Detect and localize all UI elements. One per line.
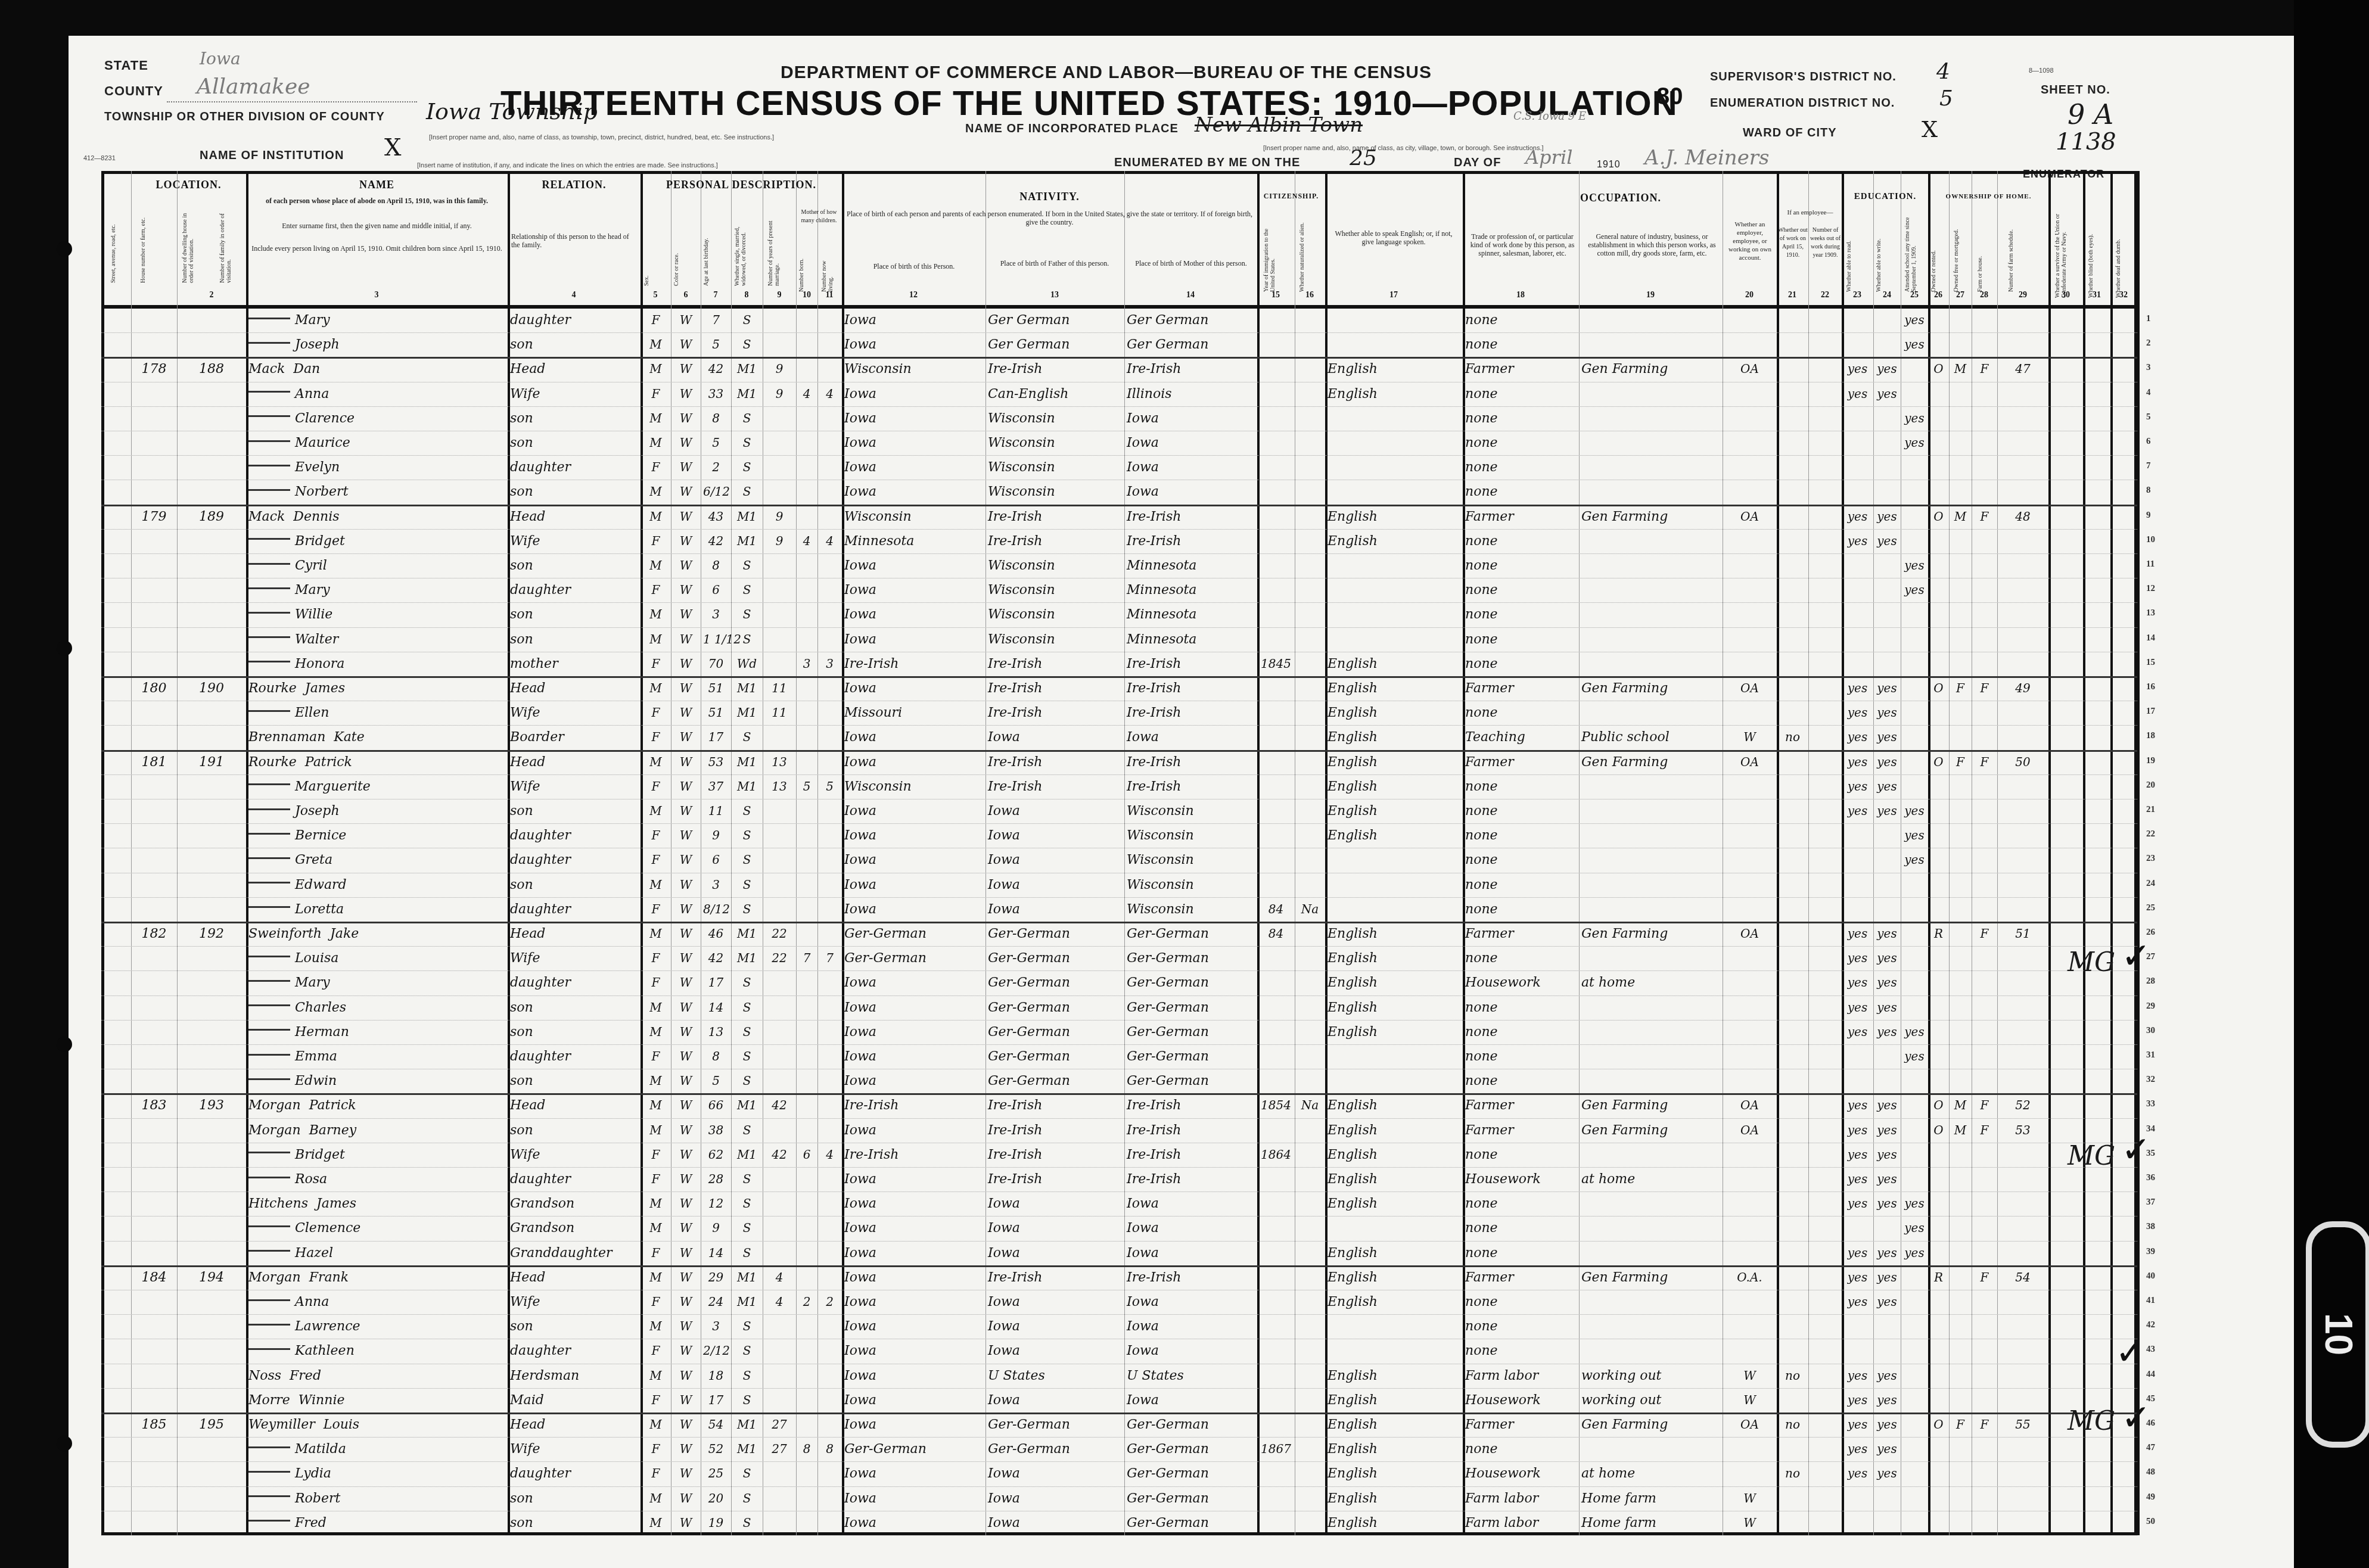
cell-bp: Iowa — [844, 406, 983, 431]
cell-rel: daughter — [510, 1044, 638, 1069]
cell-fam — [179, 970, 244, 995]
cell-eng — [1327, 1314, 1460, 1339]
cell-name: Charles — [248, 995, 505, 1020]
cell-sch — [1903, 627, 1926, 652]
cell-name: Matilda — [248, 1437, 505, 1461]
cell-eng: English — [1327, 1143, 1460, 1167]
cell-ow — [1779, 897, 1806, 922]
side-stamp: 10 — [2306, 1221, 2369, 1448]
mg-initials: MG — [2068, 947, 2115, 978]
weeks-out-head: Number of weeks out of work during year … — [1809, 226, 1842, 260]
given-name: Matilda — [295, 1442, 346, 1457]
cell-ind — [1581, 946, 1720, 970]
cell-race: W — [673, 1339, 698, 1363]
cell-wr: yes — [1876, 946, 1898, 970]
given-name: Lawrence — [295, 1319, 360, 1334]
cell-yrs: 11 — [765, 701, 794, 725]
cell-mbp: Wisconsin — [1127, 799, 1255, 823]
cell-ow — [1779, 1044, 1806, 1069]
cell-sex: F — [643, 1241, 669, 1265]
cell-mbp: Wisconsin — [1127, 873, 1255, 897]
cell-race: W — [673, 382, 698, 406]
cell-wr — [1876, 332, 1898, 357]
cell-age: 51 — [703, 701, 729, 725]
cell-ow — [1779, 774, 1806, 799]
cell-mbp: Ger-German — [1127, 922, 1255, 946]
cell-sched — [2000, 332, 2046, 357]
cell-fm — [1951, 578, 1969, 602]
cell-sex: M — [643, 1093, 669, 1118]
line-number: 16 — [2146, 682, 2155, 692]
cell-wr — [1876, 431, 1898, 455]
cell-wr — [1876, 578, 1898, 602]
cell-fh: F — [1974, 505, 1995, 529]
cell-sch — [1903, 946, 1926, 970]
cell-sch: yes — [1903, 308, 1926, 332]
cell-ind — [1581, 823, 1720, 848]
cell-rel: son — [510, 480, 638, 504]
cell-fbp: Wisconsin — [988, 602, 1122, 627]
cell-wr — [1876, 873, 1898, 897]
given-name: Rosa — [295, 1172, 327, 1187]
cell-eng — [1327, 553, 1460, 578]
cell-living — [820, 1241, 840, 1265]
cell-sched: 53 — [2000, 1118, 2046, 1143]
cell-born — [798, 308, 815, 332]
column-number: 11 — [820, 291, 838, 300]
cell-bp: Iowa — [844, 1069, 983, 1093]
cell-mar: S — [733, 725, 760, 749]
cell-rel: son — [510, 1511, 638, 1535]
cell-imm — [1260, 1265, 1292, 1290]
cell-sex: M — [643, 480, 669, 504]
county-line — [167, 101, 417, 102]
cell-emp — [1725, 627, 1774, 652]
cell-dw: 179 — [133, 505, 175, 529]
cell-bp: Iowa — [844, 480, 983, 504]
cell-bp: Iowa — [844, 1511, 983, 1535]
cell-age: 8/12 — [703, 897, 729, 922]
cell-born: 2 — [798, 1290, 815, 1314]
surname: Morre — [248, 1393, 290, 1408]
cell-fam — [179, 332, 244, 357]
cell-emp — [1725, 332, 1774, 357]
cell-fh: F — [1974, 1413, 1995, 1437]
cell-imm — [1260, 332, 1292, 357]
cell-imm: 1854 — [1260, 1093, 1292, 1118]
cell-sch — [1903, 897, 1926, 922]
line-number: 2 — [2146, 338, 2151, 349]
farm-head: Farm or house. — [1977, 214, 1984, 292]
cell-name: Honora — [248, 652, 505, 676]
cell-fbp: Ger-German — [988, 1437, 1122, 1461]
cell-sex: F — [643, 970, 669, 995]
cell-sex: M — [643, 406, 669, 431]
cell-imm — [1260, 1339, 1292, 1363]
cell-yrs — [765, 1314, 794, 1339]
cell-ow — [1779, 1241, 1806, 1265]
cell-name: MackDan — [248, 357, 505, 381]
cell-name: Edward — [248, 873, 505, 897]
cell-dw — [133, 578, 175, 602]
cell-wk — [1811, 774, 1839, 799]
cell-age: 9 — [703, 823, 729, 848]
cell-name: Emma — [248, 1044, 505, 1069]
cell-wk — [1811, 1020, 1839, 1044]
cell-eng — [1327, 602, 1460, 627]
cell-fh — [1974, 1364, 1995, 1388]
cell-wr — [1876, 652, 1898, 676]
cell-fbp: Ger-German — [988, 922, 1122, 946]
binder-hole-icon — [57, 1436, 72, 1451]
cell-race: W — [673, 725, 698, 749]
cell-dw — [133, 1191, 175, 1216]
ditto-mark — [248, 415, 290, 417]
cell-trade: none — [1465, 1069, 1577, 1093]
cell-rd — [1844, 1044, 1871, 1069]
state-label: STATE — [104, 58, 148, 73]
cell-fh — [1974, 480, 1995, 504]
column-number: 15 — [1267, 291, 1285, 300]
cell-imm — [1260, 1290, 1292, 1314]
cell-living — [820, 995, 840, 1020]
incorporated-note: [Insert proper name and, also, name of c… — [1263, 145, 1544, 152]
cell-fbp: Iowa — [988, 823, 1122, 848]
cell-eng — [1327, 1044, 1460, 1069]
cell-sch — [1903, 357, 1926, 381]
column-number: 17 — [1385, 291, 1403, 300]
cell-fh: F — [1974, 750, 1995, 774]
cell-rel: Head — [510, 922, 638, 946]
line-number: 39 — [2146, 1247, 2155, 1257]
ditto-mark — [248, 1348, 290, 1350]
cell-own — [1930, 1364, 1947, 1388]
cell-rel: daughter — [510, 848, 638, 872]
cell-nat — [1297, 357, 1323, 381]
cell-race: W — [673, 357, 698, 381]
column-number: 21 — [1783, 291, 1801, 300]
cell-emp — [1725, 946, 1774, 970]
cell-sched — [2000, 1143, 2046, 1167]
cell-born — [798, 701, 815, 725]
cell-dw — [133, 873, 175, 897]
cell-nat — [1297, 1265, 1323, 1290]
cell-fam — [179, 1020, 244, 1044]
cell-imm — [1260, 873, 1292, 897]
cell-living — [820, 676, 840, 701]
cell-own — [1930, 970, 1947, 995]
cell-trade: none — [1465, 602, 1577, 627]
check-mark-icon: ✓ — [2121, 1397, 2151, 1439]
cell-born — [798, 553, 815, 578]
cell-age: 33 — [703, 382, 729, 406]
cell-yrs — [765, 970, 794, 995]
line-number: 11 — [2146, 559, 2155, 570]
cell-emp — [1725, 1216, 1774, 1240]
group-citizenship: CITIZENSHIP. — [1257, 192, 1325, 201]
cell-dw — [133, 1241, 175, 1265]
cell-nat — [1297, 1461, 1323, 1486]
cell-age: 13 — [703, 1020, 729, 1044]
cell-eng: English — [1327, 970, 1460, 995]
cell-mbp: Iowa — [1127, 725, 1255, 749]
cell-fh — [1974, 970, 1995, 995]
cell-wk — [1811, 652, 1839, 676]
cell-mbp: Iowa — [1127, 1314, 1255, 1339]
cell-emp: W — [1725, 1486, 1774, 1511]
cell-bp: Ire-Irish — [844, 1143, 983, 1167]
cell-yrs — [765, 455, 794, 480]
cell-trade: none — [1465, 480, 1577, 504]
cell-fam — [179, 1167, 244, 1191]
cell-mbp: Ire-Irish — [1127, 1143, 1255, 1167]
cell-wk — [1811, 578, 1839, 602]
cell-wk — [1811, 725, 1839, 749]
given-name: Frank — [309, 1270, 349, 1285]
cell-living — [820, 431, 840, 455]
column-rule — [101, 171, 104, 1535]
cell-rd: yes — [1844, 1167, 1871, 1191]
cell-race: W — [673, 529, 698, 553]
cell-name: Bridget — [248, 1143, 505, 1167]
line-number: 18 — [2146, 731, 2155, 741]
cell-living: 5 — [820, 774, 840, 799]
given-name: Anna — [295, 1295, 329, 1309]
cell-living — [820, 1339, 840, 1363]
cell-imm — [1260, 1167, 1292, 1191]
county-label: COUNTY — [104, 83, 163, 99]
cell-wr: yes — [1876, 1143, 1898, 1167]
cell-wr: yes — [1876, 505, 1898, 529]
cell-eng: English — [1327, 1511, 1460, 1535]
cell-yrs — [765, 799, 794, 823]
cell-ind — [1581, 873, 1720, 897]
cell-fh — [1974, 1461, 1995, 1486]
cell-fbp: Ger-German — [988, 1413, 1122, 1437]
cell-wr: yes — [1876, 1461, 1898, 1486]
cell-living — [820, 1216, 840, 1240]
cell-fam — [179, 1437, 244, 1461]
cell-bp: Iowa — [844, 1216, 983, 1240]
cell-sched — [2000, 1486, 2046, 1511]
cell-age: 9 — [703, 1216, 729, 1240]
binder-hole-icon — [57, 241, 72, 257]
cell-fam — [179, 1290, 244, 1314]
cell-nat — [1297, 725, 1323, 749]
cell-dw — [133, 1511, 175, 1535]
cell-trade: Teaching — [1465, 725, 1577, 749]
cell-wr: yes — [1876, 1364, 1898, 1388]
cell-ow — [1779, 455, 1806, 480]
cell-dw — [133, 1069, 175, 1093]
cell-fam: 192 — [179, 922, 244, 946]
line-number: 50 — [2146, 1517, 2155, 1527]
cell-sched — [2000, 725, 2046, 749]
cell-wr: yes — [1876, 970, 1898, 995]
cell-dw: 184 — [133, 1265, 175, 1290]
cell-bp: Iowa — [844, 627, 983, 652]
cell-mbp: Ire-Irish — [1127, 701, 1255, 725]
cell-sch — [1903, 1364, 1926, 1388]
cell-emp — [1725, 1191, 1774, 1216]
cell-mar: M1 — [733, 922, 760, 946]
cell-mar: M1 — [733, 505, 760, 529]
ditto-mark — [248, 1495, 290, 1497]
ditto-mark — [248, 538, 290, 540]
cell-rel: Wife — [510, 774, 638, 799]
cell-own — [1930, 627, 1947, 652]
cell-ind — [1581, 1314, 1720, 1339]
cell-wr — [1876, 1339, 1898, 1363]
cell-fh — [1974, 1044, 1995, 1069]
cell-dw — [133, 1143, 175, 1167]
line-number: 6 — [2146, 437, 2151, 447]
stamp-number: 1138 — [2056, 128, 2116, 155]
cell-sex: F — [643, 701, 669, 725]
cell-ow — [1779, 750, 1806, 774]
cell-mbp: Ger-German — [1127, 946, 1255, 970]
cell-own — [1930, 553, 1947, 578]
cell-own — [1930, 1314, 1947, 1339]
cell-emp — [1725, 1020, 1774, 1044]
cell-sched: 47 — [2000, 357, 2046, 381]
cell-bp: Iowa — [844, 455, 983, 480]
cell-sched — [2000, 652, 2046, 676]
given-name: Evelyn — [295, 460, 340, 475]
institution-value: X — [384, 134, 401, 161]
ditto-mark — [248, 489, 290, 491]
county-value: Allamakee — [197, 74, 310, 99]
cell-mar: M1 — [733, 774, 760, 799]
cell-trade: none — [1465, 1339, 1577, 1363]
cell-bp: Iowa — [844, 382, 983, 406]
cell-trade: none — [1465, 799, 1577, 823]
cell-yrs — [765, 823, 794, 848]
cell-wk — [1811, 332, 1839, 357]
cell-wk — [1811, 1388, 1839, 1413]
column-rule — [763, 171, 763, 1535]
line-number: 8 — [2146, 486, 2151, 496]
line-number: 15 — [2146, 658, 2155, 668]
cell-name: MorganFrank — [248, 1265, 505, 1290]
cell-wk — [1811, 1118, 1839, 1143]
cell-emp — [1725, 873, 1774, 897]
cell-sex: F — [643, 823, 669, 848]
cell-rd — [1844, 553, 1871, 578]
cell-living — [820, 1167, 840, 1191]
cell-rd: yes — [1844, 1290, 1871, 1314]
cell-wk — [1811, 701, 1839, 725]
cell-wr: yes — [1876, 1241, 1898, 1265]
cell-emp: OA — [1725, 1413, 1774, 1437]
group-name: NAME — [246, 179, 508, 191]
cell-fh — [1974, 1167, 1995, 1191]
cell-nat — [1297, 774, 1323, 799]
cell-wr: yes — [1876, 1290, 1898, 1314]
line-number: 9 — [2146, 511, 2151, 521]
column-number: 19 — [1641, 291, 1659, 300]
cell-fm — [1951, 529, 1969, 553]
cell-nat — [1297, 1241, 1323, 1265]
cell-imm — [1260, 676, 1292, 701]
cell-sched — [2000, 406, 2046, 431]
given-name: Edward — [295, 878, 347, 892]
cell-wr — [1876, 406, 1898, 431]
cell-ind — [1581, 1339, 1720, 1363]
cell-mbp: Iowa — [1127, 1290, 1255, 1314]
cell-born: 8 — [798, 1437, 815, 1461]
cell-rd: yes — [1844, 970, 1871, 995]
cell-trade: none — [1465, 1314, 1577, 1339]
cell-dw — [133, 897, 175, 922]
cell-bp: Iowa — [844, 1461, 983, 1486]
cell-age: 37 — [703, 774, 729, 799]
cell-rd — [1844, 480, 1871, 504]
cell-name: WeymillerLouis — [248, 1413, 505, 1437]
cell-eng: English — [1327, 946, 1460, 970]
incorporated-margin-note: C.S. Iowa 9 E — [1513, 110, 1586, 123]
cell-eng: English — [1327, 1241, 1460, 1265]
cell-own — [1930, 873, 1947, 897]
cell-bp: Iowa — [844, 1486, 983, 1511]
cell-ind — [1581, 774, 1720, 799]
cell-ind — [1581, 602, 1720, 627]
cell-trade: Farm labor — [1465, 1364, 1577, 1388]
cell-name: Edwin — [248, 1069, 505, 1093]
cell-yrs — [765, 995, 794, 1020]
cell-living — [820, 1486, 840, 1511]
cell-own — [1930, 1069, 1947, 1093]
cell-race: W — [673, 1167, 698, 1191]
cell-ind — [1581, 480, 1720, 504]
cell-trade: none — [1465, 1191, 1577, 1216]
cell-rel: son — [510, 602, 638, 627]
cell-trade: Farmer — [1465, 1413, 1577, 1437]
cell-fam — [179, 946, 244, 970]
group-education: EDUCATION. — [1842, 192, 1928, 202]
school-head: Attended school any time since September… — [1904, 214, 1917, 292]
cell-bp: Iowa — [844, 725, 983, 749]
cell-sched — [2000, 897, 2046, 922]
cell-fam — [179, 799, 244, 823]
cell-fbp: Ire-Irish — [988, 750, 1122, 774]
cell-name: HitchensJames — [248, 1191, 505, 1216]
cell-nat — [1297, 1167, 1323, 1191]
cell-wk — [1811, 357, 1839, 381]
cell-wr — [1876, 1486, 1898, 1511]
cell-mar: M1 — [733, 676, 760, 701]
cell-fbp: Ire-Irish — [988, 1265, 1122, 1290]
given-name: Lydia — [295, 1466, 331, 1481]
marital-head: Whether single, married, widowed, or div… — [734, 214, 747, 286]
cell-sch — [1903, 602, 1926, 627]
line-number: 31 — [2146, 1050, 2155, 1060]
line-number: 40 — [2146, 1271, 2155, 1281]
cell-eng — [1327, 431, 1460, 455]
cell-age: 29 — [703, 1265, 729, 1290]
cell-sched: 50 — [2000, 750, 2046, 774]
cell-living — [820, 1069, 840, 1093]
cell-trade: Farmer — [1465, 1093, 1577, 1118]
cell-ow: no — [1779, 1413, 1806, 1437]
cell-rel: daughter — [510, 308, 638, 332]
cell-mbp: Ire-Irish — [1127, 1118, 1255, 1143]
cell-imm — [1260, 1118, 1292, 1143]
cell-yrs — [765, 308, 794, 332]
cell-nat — [1297, 1388, 1323, 1413]
cell-own — [1930, 1290, 1947, 1314]
cell-wk — [1811, 946, 1839, 970]
